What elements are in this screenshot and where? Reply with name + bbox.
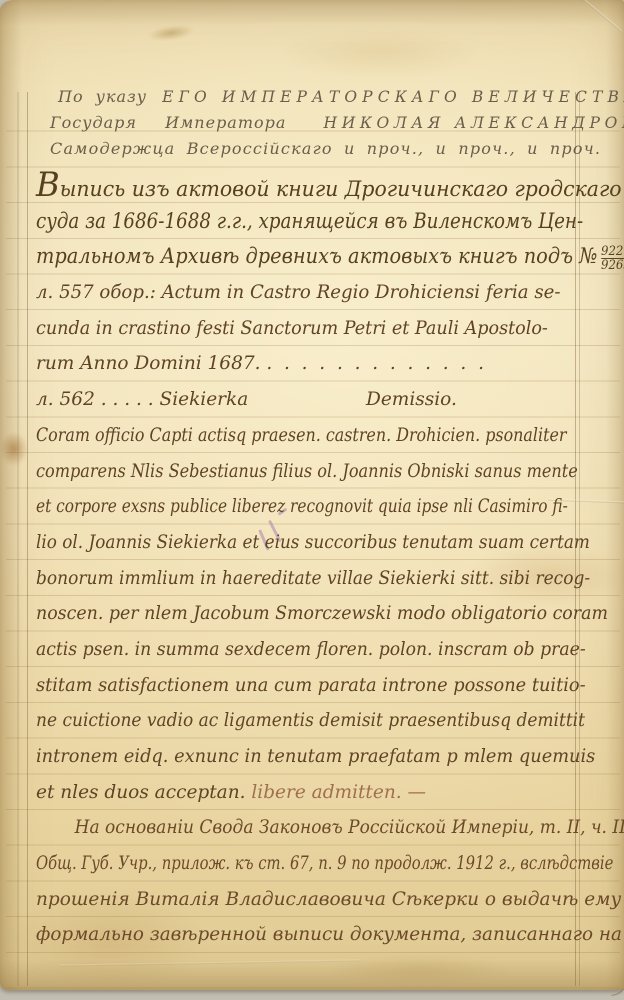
- manuscript-line: л. 557 обор.: Actum in Castro Regio Droh…: [36, 275, 585, 311]
- header-line-3: Самодержца Всероссійскаго и проч., и про…: [50, 136, 580, 162]
- manuscript-line: stitam satisfactionem una cum parata int…: [36, 668, 574, 704]
- manuscript-line: Coram officio Capti actisq praesen. cast…: [36, 418, 518, 454]
- manuscript-line: прошенія Виталія Владиславовича Сѣкерки …: [36, 882, 596, 918]
- header-line-1-lead: По указу: [58, 87, 147, 106]
- manuscript-line: et corpore exsns publice liberez recogno…: [36, 489, 501, 525]
- scanned-document-page: По указу ЕГО ИМПЕРАТОРСКАГО ВЕЛИЧЕСТВА Г…: [0, 0, 624, 1000]
- manuscript-line: cunda in crastino festi Sanctorum Petri …: [36, 311, 568, 347]
- entry-folio-and-name: л. 562 . . . . . Siekierka: [36, 389, 248, 410]
- manuscript-line: rum Anno Domini 1687. . . . . . . . . . …: [36, 346, 596, 382]
- entry-demissio-label: Demissio.: [366, 382, 457, 418]
- left-fold-line: [17, 92, 19, 986]
- header-line-1-caps: ЕГО ИМПЕРАТОРСКАГО ВЕЛИЧЕСТВА: [162, 88, 624, 106]
- manuscript-line: ne cuictione vadio ac ligamentis demisit…: [36, 703, 551, 739]
- closing-clause-faded: libere admitten. —: [251, 782, 426, 803]
- closing-clause: et nles duos acceptan.: [36, 782, 251, 803]
- manuscript-line: Общ. Губ. Учр., прилож. къ ст. 67, п. 9 …: [36, 846, 484, 882]
- manuscript-line: На основаніи Свода Законовъ Россійской И…: [36, 810, 551, 846]
- manuscript-entry-row: л. 562 . . . . . SiekierkaDemissio.: [36, 382, 596, 418]
- manuscript-line: lio ol. Joannis Siekierka et eius succor…: [36, 525, 546, 561]
- manuscript-line: et nles duos acceptan. libere admitten. …: [36, 775, 596, 811]
- manuscript-line: тральномъ Архивѣ древнихъ актовыхъ книгъ…: [36, 239, 540, 275]
- archive-number-numerator: 9226: [601, 244, 624, 259]
- manuscript-line: Выпись изъ актовой книги Дрогичинскаго г…: [36, 168, 568, 204]
- archive-number-denominator: 9263: [601, 258, 624, 272]
- manuscript-line: noscen. per nlem Jacobum Smorczewski mod…: [36, 596, 562, 632]
- left-margin-line: [27, 92, 28, 986]
- header-line-2: Государя Императора НИКОЛАЯ АЛЕКСАНДРОВИ…: [50, 110, 580, 136]
- header-line-2-caps: НИКОЛАЯ АЛЕКСАНДРОВИЧА: [324, 114, 624, 132]
- archive-number-prefix: тральномъ Архивѣ древнихъ актовыхъ книгъ…: [36, 244, 597, 269]
- header-line-1: По указу ЕГО ИМПЕРАТОРСКАГО ВЕЛИЧЕСТВА: [50, 84, 580, 110]
- manuscript-line: bonorum immlium in haereditate villae Si…: [36, 561, 551, 597]
- handwritten-text-block: Выпись изъ актовой книги Дрогичинскаго г…: [36, 168, 596, 953]
- manuscript-line: формально завѣренной выписи документа, з…: [36, 917, 590, 953]
- manuscript-line: comparens Nlis Sebestianus filius ol. Jo…: [36, 454, 523, 490]
- header-line-2-lead: Государя Императора: [50, 113, 286, 132]
- printed-imperial-header: По указу ЕГО ИМПЕРАТОРСКАГО ВЕЛИЧЕСТВА Г…: [50, 84, 580, 162]
- manuscript-line: intronem eidq. exnunc in tenutam praefat…: [36, 739, 574, 775]
- manuscript-line: actis psen. in summa sexdecem floren. po…: [36, 632, 557, 668]
- archive-number-fraction: 92269263: [601, 246, 624, 272]
- manuscript-line: суда за 1686-1688 г.г., хранящейся въ Ви…: [36, 204, 512, 240]
